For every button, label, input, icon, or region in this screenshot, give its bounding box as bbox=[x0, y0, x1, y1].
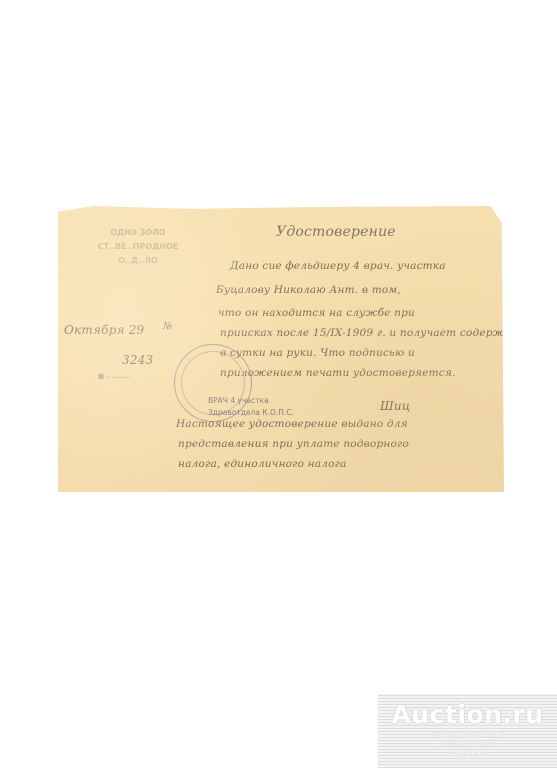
margin-number: 3243 bbox=[122, 353, 153, 367]
watermark-title: Auction.ru bbox=[378, 700, 557, 729]
watermark-subtitle: торговая площадка bbox=[378, 729, 557, 739]
watermark-subtitle: Auction.ru 2003 bbox=[378, 739, 557, 749]
body-line: приисках после 15/IX-1909 г. и получает … bbox=[220, 327, 557, 339]
body-line: Дано сие фельдшеру 4 врач. участка bbox=[230, 260, 446, 272]
body-line: в сутки на руки. Что подписью и bbox=[220, 347, 415, 359]
watermark-subtitle: Auction.ru bbox=[378, 749, 557, 759]
faded-stamp-line: СТ..ВЕ..ПРОДНОЕ bbox=[78, 240, 198, 254]
body-line: что он находится на службе при bbox=[218, 307, 415, 319]
auction-watermark: Auction.ru торговая площадка Auction.ru … bbox=[378, 694, 557, 768]
document-title: Удостоверение bbox=[276, 224, 396, 240]
faded-stamp-line: ОДНЭ ЗОЛО bbox=[78, 226, 198, 240]
seal-text: ВРАЧ 4 участка Здравотдела К.О.П.С. bbox=[208, 395, 294, 419]
body-line: представления при уплате подворного bbox=[178, 438, 409, 450]
faded-stamp-line: О..Д..ЛО bbox=[78, 254, 198, 268]
seal-line: Здравотдела К.О.П.С. bbox=[208, 407, 294, 419]
body-line: Настоящее удостоверение выдано для bbox=[176, 418, 408, 430]
body-line: налога, единоличного налога bbox=[178, 458, 347, 470]
seal-line: ВРАЧ 4 участка bbox=[208, 395, 294, 407]
body-line: Буцалову Николаю Ант. в том, bbox=[216, 284, 401, 296]
margin-date: Октября 29 bbox=[64, 323, 144, 337]
round-seal bbox=[174, 344, 252, 422]
body-line: приложением печати удостоверяется. bbox=[220, 367, 456, 379]
document-paper: ОДНЭ ЗОЛО СТ..ВЕ..ПРОДНОЕ О..Д..ЛО Удост… bbox=[58, 206, 504, 492]
faded-small-stamp: ■ .......... bbox=[98, 372, 131, 380]
margin-mark: № bbox=[163, 321, 173, 332]
signature: Шиц bbox=[380, 399, 410, 413]
faded-header-stamp: ОДНЭ ЗОЛО СТ..ВЕ..ПРОДНОЕ О..Д..ЛО bbox=[78, 226, 198, 268]
